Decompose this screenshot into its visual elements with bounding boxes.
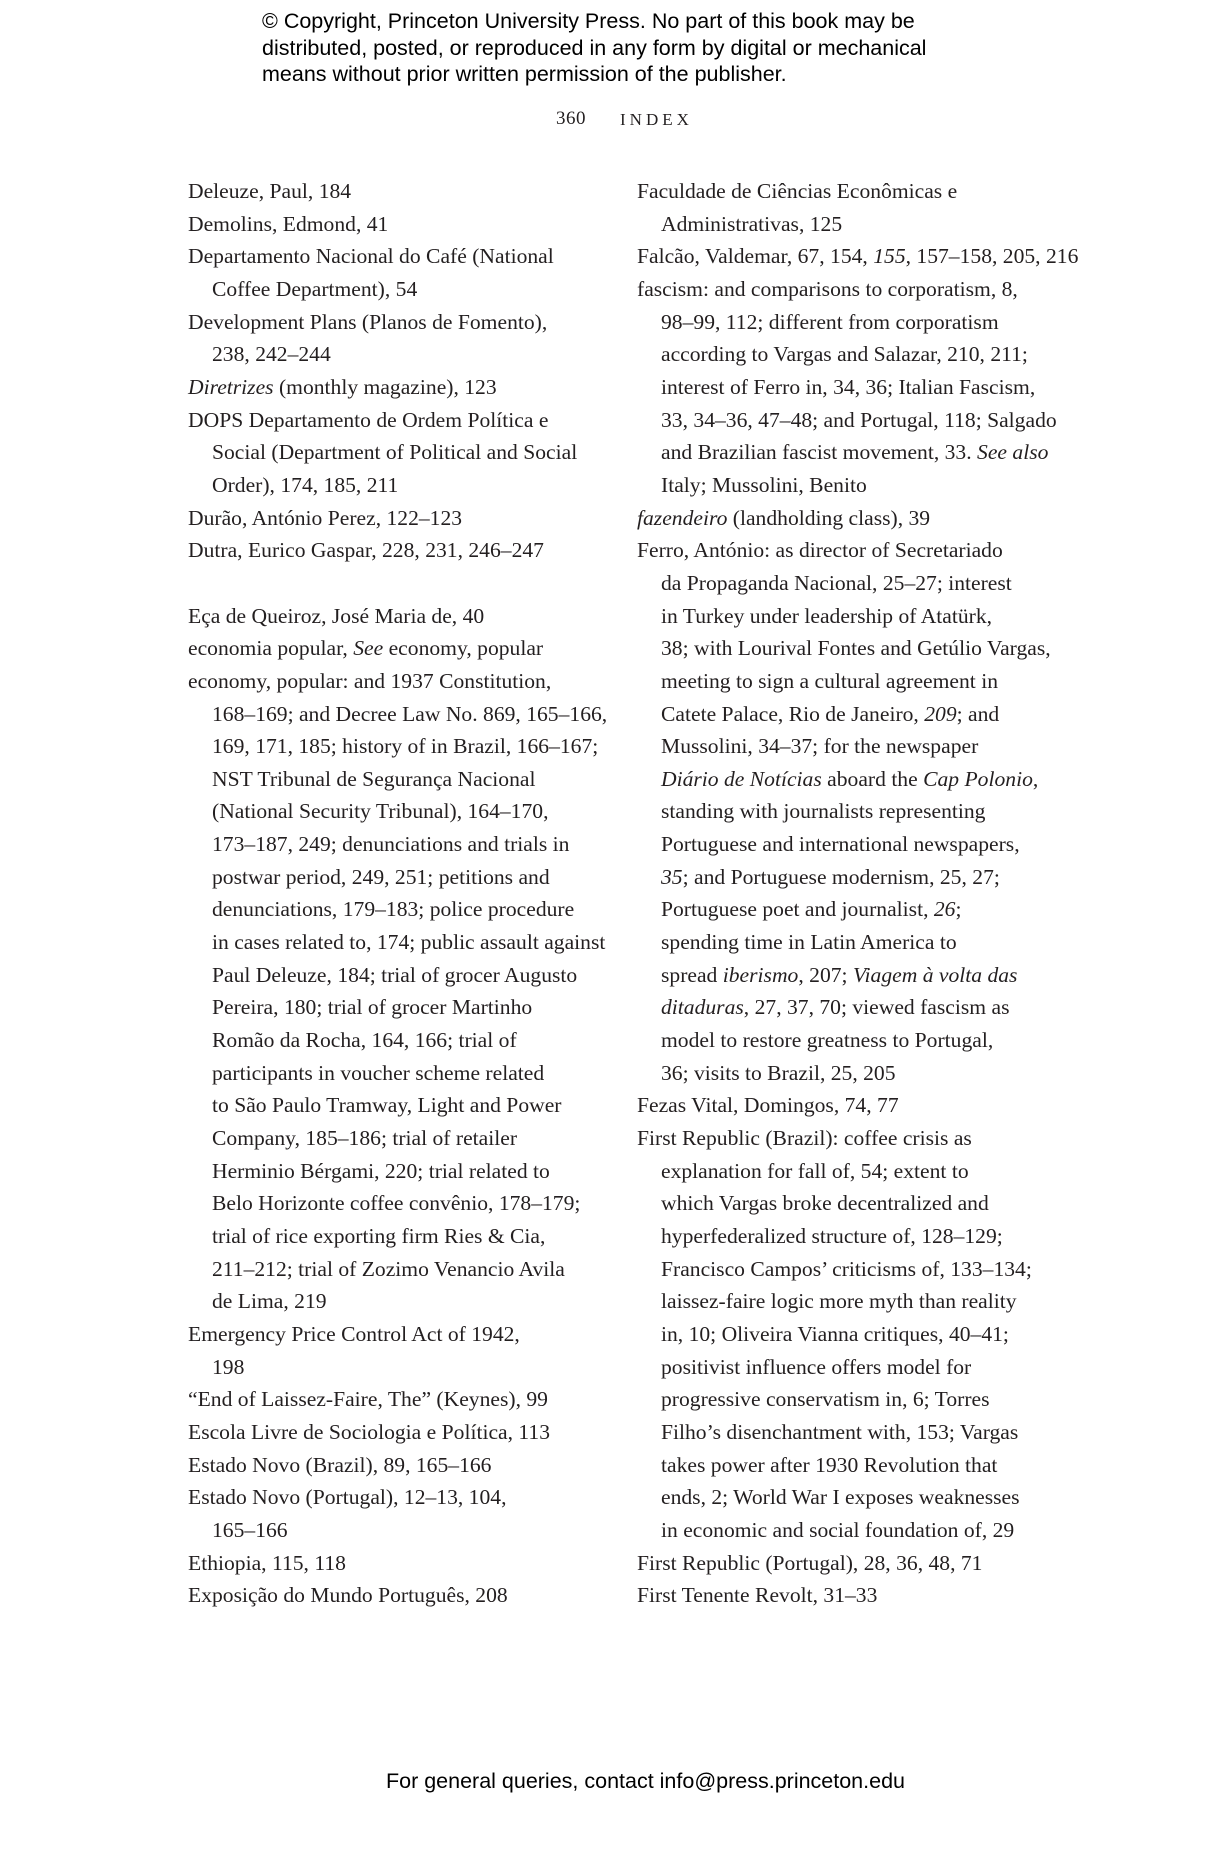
index-entry: Emergency Price Control Act of 1942,198: [188, 1318, 608, 1383]
index-entry: First Republic (Portugal), 28, 36, 48, 7…: [637, 1547, 1057, 1580]
index-entry-head-line: fascism: and comparisons to corporatism,…: [637, 273, 1057, 306]
text: Portuguese and international newspapers,: [661, 832, 1020, 856]
index-entry-head-line: First Republic (Portugal), 28, 36, 48, 7…: [637, 1547, 1057, 1580]
text: aboard the: [822, 767, 923, 791]
index-entry-head-line: Ethiopia, 115, 118: [188, 1547, 608, 1580]
italic-text: 155: [873, 244, 905, 268]
index-entry: “End of Laissez-Faire, The” (Keynes), 99: [188, 1383, 608, 1416]
index-entry-head-line: Diretrizes (monthly magazine), 123: [188, 371, 608, 404]
index-entry-continuation-line: Mussolini, 34–37; for the newspaper: [637, 730, 1057, 763]
index-entry-continuation-line: 165–166: [188, 1514, 608, 1547]
index-entry-head-line: fazendeiro (landholding class), 39: [637, 502, 1057, 535]
text: 38; with Lourival Fontes and Getúlio Var…: [661, 636, 1051, 660]
copyright-notice: © Copyright, Princeton University Press.…: [262, 8, 1022, 88]
text: in economic and social foundation of, 29: [661, 1518, 1014, 1542]
text: denunciations, 179–183; police procedure: [212, 897, 574, 921]
index-entry-continuation-line: 173–187, 249; denunciations and trials i…: [188, 828, 608, 861]
italic-text: ditaduras: [661, 995, 744, 1019]
index-entry-head-line: Estado Novo (Portugal), 12–13, 104,: [188, 1481, 608, 1514]
index-entry-continuation-line: ends, 2; World War I exposes weaknesses: [637, 1481, 1057, 1514]
text: ends, 2; World War I exposes weaknesses: [661, 1485, 1020, 1509]
text: Romão da Rocha, 164, 166; trial of: [212, 1028, 517, 1052]
index-entry: Development Plans (Planos de Fomento),23…: [188, 306, 608, 371]
text: Social (Department of Political and Soci…: [212, 440, 577, 464]
index-entry-continuation-line: Catete Palace, Rio de Janeiro, 209; and: [637, 698, 1057, 731]
text: Escola Livre de Sociologia e Política, 1…: [188, 1420, 550, 1444]
index-entry-head-line: Escola Livre de Sociologia e Política, 1…: [188, 1416, 608, 1449]
index-entry-head-line: Eça de Queiroz, José Maria de, 40: [188, 600, 608, 633]
text: explanation for fall of, 54; extent to: [661, 1159, 969, 1183]
index-entry: Dutra, Eurico Gaspar, 228, 231, 246–247: [188, 534, 608, 567]
italic-text: iberismo: [723, 963, 799, 987]
index-entry-continuation-line: Order), 174, 185, 211: [188, 469, 608, 502]
italic-text: Diário de Notícias: [661, 767, 822, 791]
text: Fezas Vital, Domingos, 74, 77: [637, 1093, 899, 1117]
text: Departamento Nacional do Café (National: [188, 244, 554, 268]
index-entry-head-line: Development Plans (Planos de Fomento),: [188, 306, 608, 339]
index-entry-continuation-line: 33, 34–36, 47–48; and Portugal, 118; Sal…: [637, 404, 1057, 437]
index-entry-continuation-line: Romão da Rocha, 164, 166; trial of: [188, 1024, 608, 1057]
index-entry-continuation-line: 211–212; trial of Zozimo Venancio Avila: [188, 1253, 608, 1286]
index-entry: First Tenente Revolt, 31–33: [637, 1579, 1057, 1612]
text: Eça de Queiroz, José Maria de, 40: [188, 604, 484, 628]
index-entry: Ferro, António: as director of Secretari…: [637, 534, 1057, 1089]
index-entry-continuation-line: de Lima, 219: [188, 1285, 608, 1318]
index-entry: Faculdade de Ciências Econômicas eAdmini…: [637, 175, 1057, 240]
text: Italy; Mussolini, Benito: [661, 473, 867, 497]
copyright-line: means without prior written permission o…: [262, 61, 1022, 88]
index-entry-continuation-line: meeting to sign a cultural agreement in: [637, 665, 1057, 698]
text: standing with journalists representing: [661, 799, 985, 823]
text: First Tenente Revolt, 31–33: [637, 1583, 877, 1607]
text: 173–187, 249; denunciations and trials i…: [212, 832, 569, 856]
index-entry-continuation-line: Social (Department of Political and Soci…: [188, 436, 608, 469]
text: Falcão, Valdemar, 67, 154,: [637, 244, 873, 268]
text: takes power after 1930 Revolution that: [661, 1453, 997, 1477]
index-entry-continuation-line: spread iberismo, 207; Viagem à volta das: [637, 959, 1057, 992]
index-entry-continuation-line: ditaduras, 27, 37, 70; viewed fascism as: [637, 991, 1057, 1024]
index-entry-continuation-line: Diário de Notícias aboard the Cap Poloni…: [637, 763, 1057, 796]
italic-text: fazendeiro: [637, 506, 727, 530]
index-entry-continuation-line: and Brazilian fascist movement, 33. See …: [637, 436, 1057, 469]
index-entry: Departamento Nacional do Café (NationalC…: [188, 240, 608, 305]
index-entry-continuation-line: 169, 171, 185; history of in Brazil, 166…: [188, 730, 608, 763]
text: postwar period, 249, 251; petitions and: [212, 865, 550, 889]
index-entry-head-line: Ferro, António: as director of Secretari…: [637, 534, 1057, 567]
index-entry-continuation-line: 35; and Portuguese modernism, 25, 27;: [637, 861, 1057, 894]
index-entry-continuation-line: trial of rice exporting firm Ries & Cia,: [188, 1220, 608, 1253]
index-entry: economia popular, See economy, popular: [188, 632, 608, 665]
index-entry: Exposição do Mundo Português, 208: [188, 1579, 608, 1612]
text: Development Plans (Planos de Fomento),: [188, 310, 547, 334]
index-entry-head-line: Emergency Price Control Act of 1942,: [188, 1318, 608, 1351]
index-entry-continuation-line: model to restore greatness to Portugal,: [637, 1024, 1057, 1057]
index-entry: Estado Novo (Portugal), 12–13, 104,165–1…: [188, 1481, 608, 1546]
index-entry: Fezas Vital, Domingos, 74, 77: [637, 1089, 1057, 1122]
text: participants in voucher scheme related: [212, 1061, 544, 1085]
index-entry-continuation-line: standing with journalists representing: [637, 795, 1057, 828]
text: Francisco Campos’ criticisms of, 133–134…: [661, 1257, 1032, 1281]
text: Faculdade de Ciências Econômicas e: [637, 179, 957, 203]
index-entry-head-line: Faculdade de Ciências Econômicas e: [637, 175, 1057, 208]
text: Paul Deleuze, 184; trial of grocer Augus…: [212, 963, 577, 987]
text: in, 10; Oliveira Vianna critiques, 40–41…: [661, 1322, 1009, 1346]
index-entry-continuation-line: progressive conservatism in, 6; Torres: [637, 1383, 1057, 1416]
italic-text: 26: [934, 897, 956, 921]
text: to São Paulo Tramway, Light and Power: [212, 1093, 562, 1117]
index-entry: Estado Novo (Brazil), 89, 165–166: [188, 1449, 608, 1482]
text: Herminio Bérgami, 220; trial related to: [212, 1159, 550, 1183]
text: ,: [1033, 767, 1038, 791]
text: 211–212; trial of Zozimo Venancio Avila: [212, 1257, 565, 1281]
index-entry-continuation-line: according to Vargas and Salazar, 210, 21…: [637, 338, 1057, 371]
text: “End of Laissez-Faire, The” (Keynes), 99: [188, 1387, 548, 1411]
italic-text: Cap Polonio: [923, 767, 1033, 791]
text: Filho’s disenchantment with, 153; Vargas: [661, 1420, 1018, 1444]
page-number: 360: [556, 108, 586, 130]
index-entry-continuation-line: hyperfederalized structure of, 128–129;: [637, 1220, 1057, 1253]
index-entry-continuation-line: Company, 185–186; trial of retailer: [188, 1122, 608, 1155]
index-entry-head-line: Durão, António Perez, 122–123: [188, 502, 608, 535]
index-entry-continuation-line: Portuguese poet and journalist, 26;: [637, 893, 1057, 926]
index-entry-continuation-line: Herminio Bérgami, 220; trial related to: [188, 1155, 608, 1188]
index-entry-continuation-line: 36; visits to Brazil, 25, 205: [637, 1057, 1057, 1090]
index-entry-continuation-line: Coffee Department), 54: [188, 273, 608, 306]
italic-text: 35: [661, 865, 683, 889]
index-entry: fascism: and comparisons to corporatism,…: [637, 273, 1057, 502]
italic-text: Viagem à volta das: [853, 963, 1018, 987]
index-entry: Demolins, Edmond, 41: [188, 208, 608, 241]
index-entry-head-line: DOPS Departamento de Ordem Política e: [188, 404, 608, 437]
index-entry-continuation-line: participants in voucher scheme related: [188, 1057, 608, 1090]
text: economy, popular: and 1937 Constitution,: [188, 669, 551, 693]
copyright-line: © Copyright, Princeton University Press.…: [262, 8, 1022, 35]
index-entry-continuation-line: in, 10; Oliveira Vianna critiques, 40–41…: [637, 1318, 1057, 1351]
text: interest of Ferro in, 34, 36; Italian Fa…: [661, 375, 1035, 399]
index-entry-continuation-line: in cases related to, 174; public assault…: [188, 926, 608, 959]
text: Exposição do Mundo Português, 208: [188, 1583, 508, 1607]
index-entry-continuation-line: Italy; Mussolini, Benito: [637, 469, 1057, 502]
text: positivist influence offers model for: [661, 1355, 971, 1379]
index-entry-continuation-line: positivist influence offers model for: [637, 1351, 1057, 1384]
italic-text: Diretrizes: [188, 375, 274, 399]
index-entry-continuation-line: 238, 242–244: [188, 338, 608, 371]
text: Mussolini, 34–37; for the newspaper: [661, 734, 978, 758]
text: , 27, 37, 70; viewed fascism as: [744, 995, 1010, 1019]
index-entry: Falcão, Valdemar, 67, 154, 155, 157–158,…: [637, 240, 1057, 273]
text: (landholding class), 39: [727, 506, 930, 530]
index-entry-continuation-line: Paul Deleuze, 184; trial of grocer Augus…: [188, 959, 608, 992]
text: economia popular,: [188, 636, 353, 660]
text: laissez-faire logic more myth than reali…: [661, 1289, 1017, 1313]
text: , 207;: [798, 963, 853, 987]
text: Coffee Department), 54: [212, 277, 417, 301]
text: de Lima, 219: [212, 1289, 327, 1313]
text: Belo Horizonte coffee convênio, 178–179;: [212, 1191, 580, 1215]
text: hyperfederalized structure of, 128–129;: [661, 1224, 1003, 1248]
footer: For general queries, contact info@press.…: [0, 1769, 1225, 1794]
text: ; and: [957, 702, 1000, 726]
text: da Propaganda Nacional, 25–27; interest: [661, 571, 1012, 595]
index-entry-continuation-line: to São Paulo Tramway, Light and Power: [188, 1089, 608, 1122]
italic-text: 209: [924, 702, 956, 726]
index-entry-continuation-line: Filho’s disenchantment with, 153; Vargas: [637, 1416, 1057, 1449]
index-entry-continuation-line: da Propaganda Nacional, 25–27; interest: [637, 567, 1057, 600]
text: Demolins, Edmond, 41: [188, 212, 388, 236]
text: Pereira, 180; trial of grocer Martinho: [212, 995, 532, 1019]
index-entry-continuation-line: Belo Horizonte coffee convênio, 178–179;: [188, 1187, 608, 1220]
text: Ethiopia, 115, 118: [188, 1551, 346, 1575]
index-entry-head-line: economia popular, See economy, popular: [188, 632, 608, 665]
index-entry-head-line: Deleuze, Paul, 184: [188, 175, 608, 208]
footer-contact: For general queries, contact info@press.…: [386, 1769, 905, 1793]
index-entry-continuation-line: Administrativas, 125: [637, 208, 1057, 241]
index-entry-continuation-line: interest of Ferro in, 34, 36; Italian Fa…: [637, 371, 1057, 404]
text: 165–166: [212, 1518, 288, 1542]
italic-text: See: [353, 636, 383, 660]
text: Deleuze, Paul, 184: [188, 179, 351, 203]
index-entry: Deleuze, Paul, 184: [188, 175, 608, 208]
text: Company, 185–186; trial of retailer: [212, 1126, 517, 1150]
index-entry-head-line: First Tenente Revolt, 31–33: [637, 1579, 1057, 1612]
index-entry: Diretrizes (monthly magazine), 123: [188, 371, 608, 404]
text: which Vargas broke decentralized and: [661, 1191, 989, 1215]
index-entry-head-line: Estado Novo (Brazil), 89, 165–166: [188, 1449, 608, 1482]
index-entry-head-line: Falcão, Valdemar, 67, 154, 155, 157–158,…: [637, 240, 1057, 273]
text: 169, 171, 185; history of in Brazil, 166…: [212, 734, 598, 758]
text: Ferro, António: as director of Secretari…: [637, 538, 1003, 562]
text: in Turkey under leadership of Atatürk,: [661, 604, 992, 628]
text: Order), 174, 185, 211: [212, 473, 398, 497]
text: 98–99, 112; different from corporatism: [661, 310, 999, 334]
index-entry: Durão, António Perez, 122–123: [188, 502, 608, 535]
index-entry-head-line: Departamento Nacional do Café (National: [188, 240, 608, 273]
copyright-line: distributed, posted, or reproduced in an…: [262, 35, 1022, 62]
text: economy, popular: [383, 636, 543, 660]
index-entry-continuation-line: in economic and social foundation of, 29: [637, 1514, 1057, 1547]
text: DOPS Departamento de Ordem Política e: [188, 408, 548, 432]
text: and Brazilian fascist movement, 33.: [661, 440, 977, 464]
index-entry-continuation-line: Francisco Campos’ criticisms of, 133–134…: [637, 1253, 1057, 1286]
index-entry-continuation-line: NST Tribunal de Segurança Nacional: [188, 763, 608, 796]
text: Durão, António Perez, 122–123: [188, 506, 462, 530]
text: Estado Novo (Brazil), 89, 165–166: [188, 1453, 491, 1477]
text: 168–169; and Decree Law No. 869, 165–166…: [212, 702, 607, 726]
text: 33, 34–36, 47–48; and Portugal, 118; Sal…: [661, 408, 1057, 432]
italic-text: See also: [977, 440, 1048, 464]
index-entry-continuation-line: takes power after 1930 Revolution that: [637, 1449, 1057, 1482]
index-entry-continuation-line: 38; with Lourival Fontes and Getúlio Var…: [637, 632, 1057, 665]
text: ; and Portuguese modernism, 25, 27;: [683, 865, 1000, 889]
index-column-left: Deleuze, Paul, 184Demolins, Edmond, 41De…: [188, 175, 608, 1612]
index-entry-head-line: Fezas Vital, Domingos, 74, 77: [637, 1089, 1057, 1122]
index-entry-continuation-line: (National Security Tribunal), 164–170,: [188, 795, 608, 828]
index-entry-head-line: First Republic (Brazil): coffee crisis a…: [637, 1122, 1057, 1155]
text: Emergency Price Control Act of 1942,: [188, 1322, 520, 1346]
text: fascism: and comparisons to corporatism,…: [637, 277, 1018, 301]
text: meeting to sign a cultural agreement in: [661, 669, 998, 693]
index-entry-continuation-line: explanation for fall of, 54; extent to: [637, 1155, 1057, 1188]
text: 36; visits to Brazil, 25, 205: [661, 1061, 896, 1085]
index-entry-continuation-line: 198: [188, 1351, 608, 1384]
index-entry: Escola Livre de Sociologia e Política, 1…: [188, 1416, 608, 1449]
index-entry: economy, popular: and 1937 Constitution,…: [188, 665, 608, 1318]
index-entry: Ethiopia, 115, 118: [188, 1547, 608, 1580]
text: , 157–158, 205, 216: [906, 244, 1079, 268]
text: First Republic (Brazil): coffee crisis a…: [637, 1126, 972, 1150]
index-entry-continuation-line: laissez-faire logic more myth than reali…: [637, 1285, 1057, 1318]
index-entry-continuation-line: 98–99, 112; different from corporatism: [637, 306, 1057, 339]
index-entry-continuation-line: Pereira, 180; trial of grocer Martinho: [188, 991, 608, 1024]
text: according to Vargas and Salazar, 210, 21…: [661, 342, 1028, 366]
text: 198: [212, 1355, 244, 1379]
text: progressive conservatism in, 6; Torres: [661, 1387, 990, 1411]
letter-group-gap: [188, 567, 608, 600]
text: Dutra, Eurico Gaspar, 228, 231, 246–247: [188, 538, 544, 562]
text: First Republic (Portugal), 28, 36, 48, 7…: [637, 1551, 982, 1575]
text: Administrativas, 125: [661, 212, 842, 236]
text: Portuguese poet and journalist,: [661, 897, 934, 921]
text: Estado Novo (Portugal), 12–13, 104,: [188, 1485, 506, 1509]
index-entry-continuation-line: Portuguese and international newspapers,: [637, 828, 1057, 861]
index-entry: Eça de Queiroz, José Maria de, 40: [188, 600, 608, 633]
section-title: INDEX: [620, 110, 693, 130]
text: in cases related to, 174; public assault…: [212, 930, 605, 954]
index-column-right: Faculdade de Ciências Econômicas eAdmini…: [637, 175, 1057, 1612]
text: ;: [955, 897, 961, 921]
text: spread: [661, 963, 723, 987]
text: Catete Palace, Rio de Janeiro,: [661, 702, 924, 726]
index-entry: DOPS Departamento de Ordem Política eSoc…: [188, 404, 608, 502]
index-entry-continuation-line: spending time in Latin America to: [637, 926, 1057, 959]
index-entry-continuation-line: which Vargas broke decentralized and: [637, 1187, 1057, 1220]
index-entry-continuation-line: denunciations, 179–183; police procedure: [188, 893, 608, 926]
index-entry-head-line: economy, popular: and 1937 Constitution,: [188, 665, 608, 698]
index-entry: First Republic (Brazil): coffee crisis a…: [637, 1122, 1057, 1547]
text: (National Security Tribunal), 164–170,: [212, 799, 548, 823]
index-entry-continuation-line: 168–169; and Decree Law No. 869, 165–166…: [188, 698, 608, 731]
index-entry-head-line: “End of Laissez-Faire, The” (Keynes), 99: [188, 1383, 608, 1416]
text: spending time in Latin America to: [661, 930, 957, 954]
text: model to restore greatness to Portugal,: [661, 1028, 993, 1052]
text: 238, 242–244: [212, 342, 331, 366]
index-entry-head-line: Demolins, Edmond, 41: [188, 208, 608, 241]
text: NST Tribunal de Segurança Nacional: [212, 767, 535, 791]
text: trial of rice exporting firm Ries & Cia,: [212, 1224, 545, 1248]
index-entry-continuation-line: postwar period, 249, 251; petitions and: [188, 861, 608, 894]
index-entry: fazendeiro (landholding class), 39: [637, 502, 1057, 535]
index-entry-continuation-line: in Turkey under leadership of Atatürk,: [637, 600, 1057, 633]
index-entry-head-line: Exposição do Mundo Português, 208: [188, 1579, 608, 1612]
text: (monthly magazine), 123: [274, 375, 497, 399]
index-entry-head-line: Dutra, Eurico Gaspar, 228, 231, 246–247: [188, 534, 608, 567]
